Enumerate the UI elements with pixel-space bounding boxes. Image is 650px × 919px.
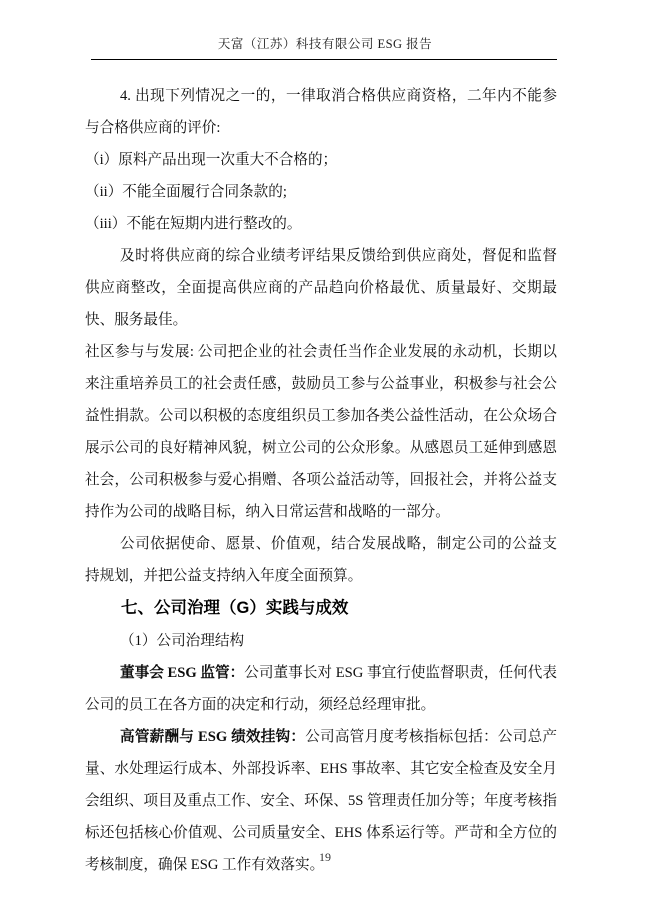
para-exec-lead-label: 高管薪酬与 ESG 绩效挂钩： xyxy=(120,729,305,745)
document-page: 天富（江苏）科技有限公司 ESG 报告 4. 出现下列情况之一的，一律取消合格供… xyxy=(0,0,650,919)
header-title: 天富（江苏）科技有限公司 ESG 报告 xyxy=(0,36,650,52)
sub-heading-governance-structure: （1）公司治理结构 xyxy=(85,625,557,657)
header-divider xyxy=(91,59,557,60)
para-board-esg-oversight: 董事会 ESG 监管：公司董事长对 ESG 事宜行使监督职责，任何代表公司的员工… xyxy=(85,657,557,721)
document-body: 4. 出现下列情况之一的，一律取消合格供应商资格，二年内不能参与合格供应商的评价… xyxy=(85,80,557,881)
list-item-ii: （ii）不能全面履行合同条款的; xyxy=(85,176,557,208)
para-board-lead-label: 董事会 ESG 监管： xyxy=(120,665,244,681)
para-supplier-disqualification: 4. 出现下列情况之一的，一律取消合格供应商资格，二年内不能参与合格供应商的评价… xyxy=(85,80,557,144)
para-community-development: 社区参与与发展: 公司把企业的社会责任当作企业发展的永动机，长期以来注重培养员工… xyxy=(85,336,557,528)
list-item-i: （i）原料产品出现一次重大不合格的； xyxy=(85,144,557,176)
page-number: 19 xyxy=(0,850,650,865)
list-item-iii: （iii）不能在短期内进行整改的。 xyxy=(85,208,557,240)
section-heading-governance: 七、公司治理（G）实践与成效 xyxy=(85,592,557,625)
para-public-welfare-plan: 公司依据使命、愿景、价值观，结合发展战略，制定公司的公益支持规划，并把公益支持纳… xyxy=(85,528,557,592)
para-supplier-feedback: 及时将供应商的综合业绩考评结果反馈给到供应商处，督促和监督供应商整改，全面提高供… xyxy=(85,240,557,336)
